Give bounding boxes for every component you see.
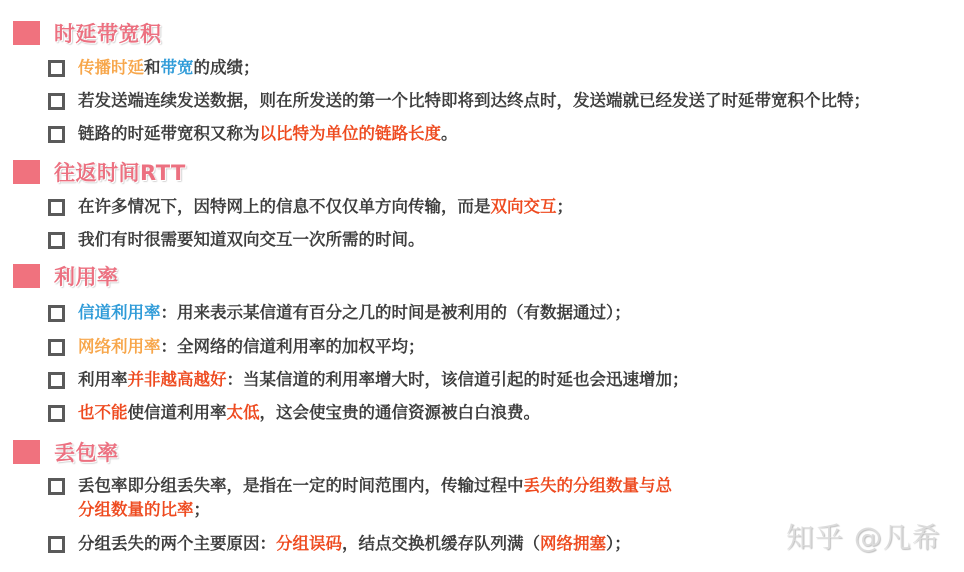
- slide: 时延带宽积 传播时延和带宽的成绩； 若发送端连续发送数据，则在所发送的第一个比特…: [0, 0, 964, 572]
- list-item: 丢包率即分组丢失率，是指在一定的时间范围内，传输过程中丢失的分组数量与总 分组数…: [48, 474, 672, 522]
- text-segment: 在许多情况下，因特网上的信息不仅仅单方向传输，而是: [78, 197, 491, 216]
- section-heading-rtt: 往返时间RTT: [13, 157, 186, 187]
- checkbox-icon[interactable]: [48, 232, 65, 249]
- list-item: 我们有时很需要知道双向交互一次所需的时间。: [48, 228, 425, 252]
- list-item: 若发送端连续发送数据，则在所发送的第一个比特即将到达终点时，发送端就已经发送了时…: [48, 89, 870, 113]
- highlight-lost-packets: 丢失的分组数量与总: [524, 476, 673, 495]
- section-title: 时延带宽积: [54, 18, 162, 48]
- checkbox-icon[interactable]: [48, 339, 65, 356]
- text-segment: ：当某信道的利用率增大时，该信道引起的时延也会迅速增加；: [227, 370, 689, 389]
- highlight-link-length: 以比特为单位的链路长度: [260, 124, 442, 143]
- text-segment: 链路的时延带宽积又称为: [78, 124, 260, 143]
- item-text-line-1: 丢包率即分组丢失率，是指在一定的时间范围内，传输过程中丢失的分组数量与总: [78, 474, 672, 498]
- item-text: 链路的时延带宽积又称为以比特为单位的链路长度。: [78, 122, 458, 146]
- checkbox-icon[interactable]: [48, 478, 65, 495]
- text-segment: 。: [441, 124, 458, 143]
- item-text: 利用率并非越高越好：当某信道的利用率增大时，该信道引起的时延也会迅速增加；: [78, 368, 689, 392]
- item-text: 在许多情况下，因特网上的信息不仅仅单方向传输，而是双向交互；: [78, 195, 573, 219]
- text-segment: 我们有时很需要知道双向交互一次所需的时间。: [78, 230, 425, 249]
- item-text: 也不能使信道利用率太低，这会使宝贵的通信资源被白白浪费。: [78, 401, 540, 425]
- text-segment: 丢包率即分组丢失率，是指在一定的时间范围内，传输过程中: [78, 476, 524, 495]
- item-text: 我们有时很需要知道双向交互一次所需的时间。: [78, 228, 425, 252]
- checkbox-icon[interactable]: [48, 305, 65, 322]
- section-title: 利用率: [54, 261, 119, 291]
- text-segment: ，这会使宝贵的通信资源被白白浪费。: [260, 403, 541, 422]
- highlight-too-low: 太低: [227, 403, 260, 422]
- text-segment: ；: [194, 500, 211, 519]
- section-heading-delay-bandwidth-product: 时延带宽积: [13, 18, 162, 48]
- text-segment: 利用率: [78, 370, 128, 389]
- text-segment: ：全网络的信道利用率的加权平均；: [161, 337, 425, 356]
- highlight-channel-utilization: 信道利用率: [78, 303, 161, 322]
- item-text: 信道利用率：用来表示某信道有百分之几的时间是被利用的（有数据通过）；: [78, 301, 631, 325]
- item-text: 若发送端连续发送数据，则在所发送的第一个比特即将到达终点时，发送端就已经发送了时…: [78, 89, 870, 113]
- text-segment: 使信道利用率: [128, 403, 227, 422]
- section-title: 丢包率: [54, 437, 119, 467]
- text-segment: 和: [144, 58, 161, 77]
- text-segment: ；: [557, 197, 574, 216]
- checkbox-icon[interactable]: [48, 199, 65, 216]
- highlight-propagation-delay: 传播时延: [78, 58, 144, 77]
- highlight-bidirectional: 双向交互: [491, 197, 557, 216]
- highlight-bit-error: 分组误码: [276, 534, 342, 553]
- highlight-not-higher-better: 并非越高越好: [128, 370, 227, 389]
- item-text: 丢包率即分组丢失率，是指在一定的时间范围内，传输过程中丢失的分组数量与总 分组数…: [78, 474, 672, 522]
- section-marker-icon: [13, 264, 40, 288]
- section-marker-icon: [13, 440, 40, 464]
- text-segment: 分组丢失的两个主要原因：: [78, 534, 276, 553]
- text-segment: ）；: [606, 534, 631, 553]
- checkbox-icon[interactable]: [48, 93, 65, 110]
- highlight-bandwidth: 带宽: [161, 58, 194, 77]
- item-text: 网络利用率：全网络的信道利用率的加权平均；: [78, 335, 425, 359]
- watermark: 知乎 @凡希: [786, 516, 941, 556]
- text-segment: ，结点交换机缓存队列满（: [342, 534, 540, 553]
- highlight-cannot: 也不能: [78, 403, 128, 422]
- section-marker-icon: [13, 21, 40, 45]
- highlight-congestion: 网络拥塞: [540, 534, 606, 553]
- list-item: 在许多情况下，因特网上的信息不仅仅单方向传输，而是双向交互；: [48, 195, 573, 219]
- section-heading-packet-loss: 丢包率: [13, 437, 119, 467]
- list-item: 也不能使信道利用率太低，这会使宝贵的通信资源被白白浪费。: [48, 401, 540, 425]
- list-item: 链路的时延带宽积又称为以比特为单位的链路长度。: [48, 122, 458, 146]
- checkbox-icon[interactable]: [48, 60, 65, 77]
- list-item: 网络利用率：全网络的信道利用率的加权平均；: [48, 335, 425, 359]
- section-marker-icon: [13, 160, 40, 184]
- item-text: 传播时延和带宽的成绩；: [78, 56, 260, 80]
- list-item: 传播时延和带宽的成绩；: [48, 56, 260, 80]
- text-segment: 的成绩；: [194, 58, 260, 77]
- checkbox-icon[interactable]: [48, 536, 65, 553]
- highlight-network-utilization: 网络利用率: [78, 337, 161, 356]
- checkbox-icon[interactable]: [48, 126, 65, 143]
- list-item: 利用率并非越高越好：当某信道的利用率增大时，该信道引起的时延也会迅速增加；: [48, 368, 689, 392]
- section-heading-utilization: 利用率: [13, 261, 119, 291]
- text-segment: 若发送端连续发送数据，则在所发送的第一个比特即将到达终点时，发送端就已经发送了时…: [78, 91, 870, 110]
- checkbox-icon[interactable]: [48, 372, 65, 389]
- item-text: 分组丢失的两个主要原因：分组误码，结点交换机缓存队列满（网络拥塞）；: [78, 532, 631, 556]
- highlight-ratio: 分组数量的比率: [78, 500, 194, 519]
- list-item: 分组丢失的两个主要原因：分组误码，结点交换机缓存队列满（网络拥塞）；: [48, 532, 631, 556]
- checkbox-icon[interactable]: [48, 405, 65, 422]
- text-segment: ：用来表示某信道有百分之几的时间是被利用的（有数据通过）；: [161, 303, 631, 322]
- item-text-line-2: 分组数量的比率；: [78, 498, 672, 522]
- list-item: 信道利用率：用来表示某信道有百分之几的时间是被利用的（有数据通过）；: [48, 301, 631, 325]
- section-title: 往返时间RTT: [54, 157, 186, 187]
